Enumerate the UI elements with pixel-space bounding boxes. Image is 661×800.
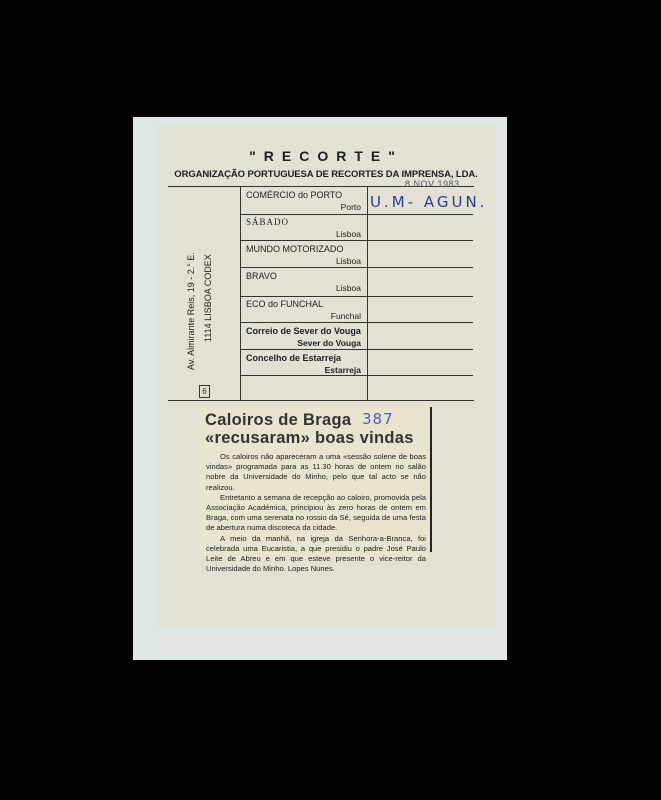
paragraph: Os caloiros não apareceram a uma «sessão… [206, 452, 426, 493]
address-line-street: Av. Almirante Reis, 19 - 2.° E. [186, 252, 196, 370]
publication-name: BRAVO [246, 271, 277, 281]
column-divider-right [367, 187, 368, 400]
publication-row: BRAVO Lisboa [241, 268, 367, 298]
publication-name: SÁBADO [246, 217, 289, 227]
publication-city: Porto [341, 202, 361, 212]
headline-line-2: «recusaram» boas vindas [205, 429, 414, 447]
clipping-column-rule [430, 407, 432, 552]
publication-row: ECO do FUNCHAL Funchal [241, 296, 367, 326]
publication-city: Funchal [331, 311, 361, 321]
publication-city: Lisboa [336, 256, 361, 266]
publication-row: Correio de Sever do Vouga Sever do Vouga [241, 323, 367, 353]
date-stamp: 8 NOV 1983 [405, 179, 460, 189]
publication-name: Correio de Sever do Vouga [246, 326, 361, 336]
publication-city: Lisboa [336, 283, 361, 293]
publication-name: COMÉRCIO do PORTO [246, 190, 342, 200]
publication-name: Concelho de Estarreja [246, 353, 341, 363]
box-number: 6 [199, 385, 210, 398]
publication-row: Concelho de Estarreja Estarreja [241, 350, 367, 380]
paragraph: A meio da manhã, na igreja da Senhora-a-… [206, 534, 426, 575]
handwritten-note: U.M- AGUN. [370, 193, 487, 211]
clipping-body: Os caloiros não apareceram a uma «sessão… [206, 452, 426, 574]
paragraph: Entretanto a semana de recepção ao caloi… [206, 493, 426, 534]
publication-name: ECO do FUNCHAL [246, 299, 323, 309]
publication-row: MUNDO MOTORIZADO Lisboa [241, 241, 367, 271]
publication-row: SÁBADO Lisboa [241, 214, 367, 244]
handwritten-clip-number: 387 [362, 410, 394, 428]
bottom-rule [168, 400, 474, 401]
address-line-city: 1114 LISBOA CODEX [203, 254, 213, 342]
card-title: "RECORTE" [157, 148, 495, 164]
publication-city: Estarreja [325, 365, 361, 375]
publication-city: Sever do Vouga [297, 338, 361, 348]
publication-city: Lisboa [336, 229, 361, 239]
publication-row: COMÉRCIO do PORTO Porto [241, 187, 367, 217]
address-block: Av. Almirante Reis, 19 - 2.° E. 1114 LIS… [186, 240, 216, 370]
publication-name: MUNDO MOTORIZADO [246, 244, 343, 254]
